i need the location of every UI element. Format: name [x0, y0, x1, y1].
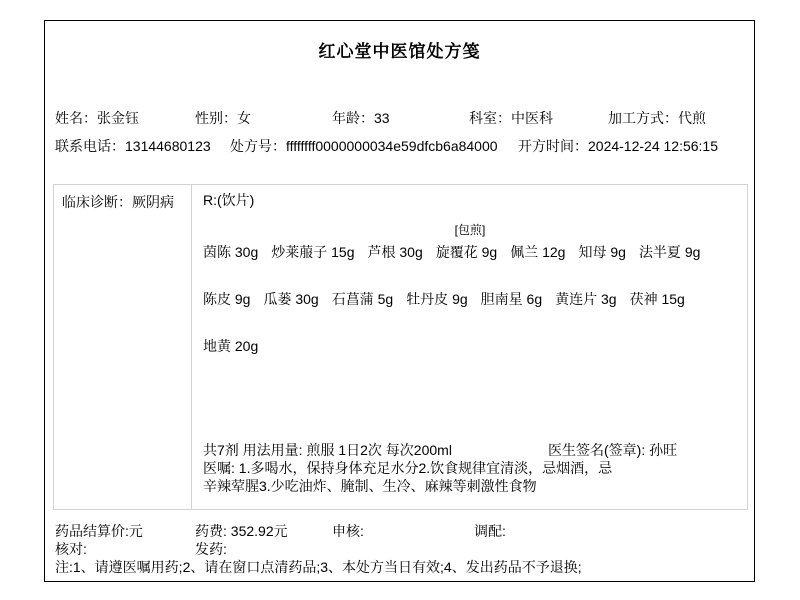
- doctor-signature: 医生签名(签章): 孙旺: [548, 442, 677, 459]
- field-processing-method: 加工方式：代煎: [608, 110, 706, 127]
- rx-content-cell: R:(饮片) [包煎] 茵陈 30g炒莱菔子 15g芦根 30g旋覆花 9g佩兰…: [193, 185, 747, 509]
- patient-name-value: 张金钰: [97, 110, 139, 126]
- settlement-price-value: 元: [129, 523, 143, 539]
- herb-lines: 茵陈 30g炒莱菔子 15g芦根 30g旋覆花 9g佩兰 12g知母 9g法半夏…: [203, 244, 741, 385]
- rx-number-value: ffffffff0000000034e59dfcb6a84000: [286, 138, 498, 154]
- herb-item: 陈皮 9g: [203, 291, 250, 307]
- herb-line: 地黄 20g: [203, 338, 741, 355]
- field-rx-number: 处方号：ffffffff0000000034e59dfcb6a84000: [230, 138, 498, 155]
- medical-advice-line-1: 医嘱: 1.多喝水，保持身体充足水分2.饮食规律宜清淡，忌烟酒，忌: [203, 460, 612, 477]
- field-medicine-fee: 药费: 352.92元: [195, 523, 288, 540]
- diagnosis-value: 厥阴病: [132, 194, 174, 210]
- diagnosis-label: 临床诊断：: [62, 194, 132, 210]
- patient-gender-label: 性别：: [195, 110, 237, 126]
- review-label: 申核:: [332, 523, 364, 540]
- phone-label: 联系电话：: [55, 138, 125, 154]
- herb-item: 知母 9g: [578, 244, 625, 260]
- prescription-sheet: 红心堂中医馆处方笺 姓名：张金钰 性别：女 年龄：33 科室：中医科 加工方式：…: [44, 20, 755, 582]
- doctor-signature-label: 医生签名(签章):: [548, 442, 649, 458]
- rx-number-label: 处方号：: [230, 138, 286, 154]
- patient-gender-value: 女: [237, 110, 251, 126]
- herb-item: 牡丹皮 9g: [406, 291, 467, 307]
- field-patient-name: 姓名：张金钰: [55, 110, 139, 127]
- field-patient-gender: 性别：女: [195, 110, 251, 127]
- medicine-fee-label: 药费:: [195, 523, 231, 539]
- phone-value: 13144680123: [125, 138, 211, 154]
- department-label: 科室：: [469, 110, 511, 126]
- dispense-label: 发药:: [195, 541, 227, 558]
- patient-name-label: 姓名：: [55, 110, 97, 126]
- herb-item: 佩兰 12g: [510, 244, 565, 260]
- patient-age-value: 33: [374, 110, 390, 126]
- prescription-table: 临床诊断：厥阴病 R:(饮片) [包煎] 茵陈 30g炒莱菔子 15g芦根 30…: [53, 184, 748, 510]
- herb-item: 炒莱菔子 15g: [271, 244, 354, 260]
- herb-line: 陈皮 9g瓜蒌 30g石菖蒲 5g牡丹皮 9g胆南星 6g黄连片 3g茯神 15…: [203, 291, 741, 308]
- medicine-fee-value: 352.92元: [231, 523, 288, 539]
- field-settlement-price: 药品结算价:元: [55, 523, 143, 540]
- herb-item: 瓜蒌 30g: [263, 291, 318, 307]
- issue-time-label: 开方时间：: [518, 138, 588, 154]
- patient-age-label: 年龄：: [332, 110, 374, 126]
- decoct-note: [包煎]: [193, 222, 747, 239]
- herb-item: 胆南星 6g: [481, 291, 542, 307]
- herb-item: 旋覆花 9g: [436, 244, 497, 260]
- field-patient-age: 年龄：33: [332, 110, 390, 127]
- prepare-label: 调配:: [474, 523, 506, 540]
- herb-item: 地黄 20g: [203, 338, 258, 354]
- herb-item: 黄连片 3g: [555, 291, 616, 307]
- settlement-price-label: 药品结算价:: [55, 523, 129, 539]
- page-title: 红心堂中医馆处方笺: [45, 37, 754, 62]
- herb-item: 石菖蒲 5g: [332, 291, 393, 307]
- field-phone: 联系电话：13144680123: [55, 138, 211, 155]
- department-value: 中医科: [511, 110, 553, 126]
- herb-item: 芦根 30g: [368, 244, 423, 260]
- footer-note: 注:1、请遵医嘱用药;2、请在窗口点清药品;3、本处方当日有效;4、发出药品不予…: [55, 559, 582, 576]
- herb-item: 茵陈 30g: [203, 244, 258, 260]
- rx-header: R:(饮片): [203, 192, 254, 209]
- herb-item: 茯神 15g: [630, 291, 685, 307]
- field-issue-time: 开方时间：2024-12-24 12:56:15: [518, 138, 718, 155]
- doctor-signature-value: 孙旺: [649, 442, 677, 458]
- processing-method-value: 代煎: [678, 110, 706, 126]
- herb-line: 茵陈 30g炒莱菔子 15g芦根 30g旋覆花 9g佩兰 12g知母 9g法半夏…: [203, 244, 741, 261]
- check-label: 核对:: [55, 541, 87, 558]
- diagnosis-cell: 临床诊断：厥阴病: [54, 185, 192, 509]
- dosage-line: 共7剂 用法用量: 煎服 1日2次 每次200ml: [203, 442, 452, 459]
- processing-method-label: 加工方式：: [608, 110, 678, 126]
- field-department: 科室：中医科: [469, 110, 553, 127]
- issue-time-value: 2024-12-24 12:56:15: [588, 138, 718, 154]
- herb-item: 法半夏 9g: [639, 244, 700, 260]
- medical-advice-line-2: 辛辣荤腥3.少吃油炸、腌制、生冷、麻辣等刺激性食物: [203, 478, 537, 495]
